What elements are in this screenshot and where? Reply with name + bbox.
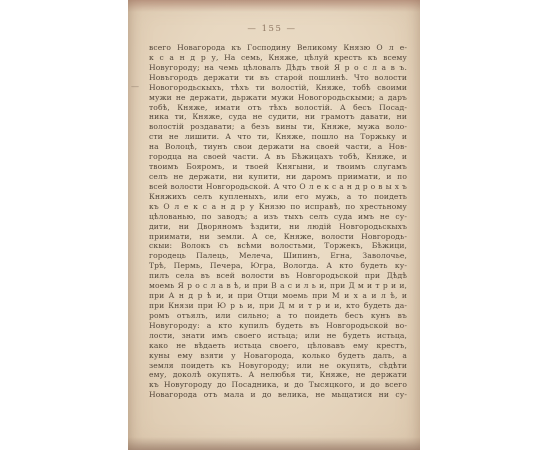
text-line: куны ему взяти у Новагорода, колько буде… — [149, 351, 407, 361]
text-line: на Волоцѣ, тиунъ свои держати на своей ч… — [149, 142, 407, 152]
text-line: Новугороду; на чемь цѣловалъ Дѣдъ твой Я… — [149, 63, 407, 73]
text-line: сти не лишити. А что ти, Княже, пошло на… — [149, 132, 407, 142]
text-line: мужи не держати, дьржати мужи Новогородь… — [149, 93, 407, 103]
text-line: ромъ отъялъ, или сильно; а то поидеть бе… — [149, 311, 407, 321]
body-text: всего Новагорода къ Господину Великому К… — [149, 43, 407, 400]
text-line: моемь Я р о с л а в ѣ, и при В а с и л ь… — [149, 281, 407, 291]
book-page-photo: — 155 — — всего Новагорода къ Господину … — [128, 0, 420, 450]
text-line: всего Новагорода къ Господину Великому К… — [149, 43, 407, 53]
page-number: — 155 — — [128, 24, 416, 34]
text-line: городца на своей части. А въ Бѣжицахъ то… — [149, 152, 407, 162]
text-line: городець Палець, Мелеча, Шипинъ, Егна, З… — [149, 251, 407, 261]
text-line: селъ не держати, ни купити, ни даромъ пр… — [149, 172, 407, 182]
text-line: къ О л е к с а н д р у Князю по исправѣ,… — [149, 202, 407, 212]
text-line: при Князи при Ю р ь и, при Д м и т р и и… — [149, 301, 407, 311]
text-line: Княжихъ селъ купленыхъ, или его мужь, а … — [149, 192, 407, 202]
text-line: къ Новугороду до Посадника, и до Тысяцко… — [149, 380, 407, 390]
text-line: Новъгородъ держати ти въ старой пошлинѣ.… — [149, 73, 407, 83]
text-line: волостій роздавати; а безъ вины ти, Княж… — [149, 122, 407, 132]
text-line: всей волости Новгородьской. А что О л е … — [149, 182, 407, 192]
text-line: Трѣ, Пермь, Печера, Югра, Вологда. А кто… — [149, 261, 407, 271]
margin-dash: — — [131, 82, 139, 91]
text-line: скыи: Волокъ съ всѣми волостьми, Торжекъ… — [149, 241, 407, 251]
text-line: како не вѣдаеть истьца своего, цѣловавъ … — [149, 341, 407, 351]
scan-backdrop: — 155 — — всего Новагорода къ Господину … — [0, 0, 550, 450]
text-line: пилъ села въ всей волости въ Новгородьск… — [149, 271, 407, 281]
text-line: Новагорода отъ мала и до велика, не мьща… — [149, 390, 407, 400]
text-line: при А н д р ѣ и, и при Отци моемь при М … — [149, 291, 407, 301]
text-line: ника ти, Княже, суда не судити, ни грамо… — [149, 112, 407, 122]
text-line: Новогородьскыхъ, тѣхъ ти волостій, Княже… — [149, 83, 407, 93]
text-line: дити, ни Дворяномъ ѣздити, ни людій Новг… — [149, 222, 407, 232]
text-line: твоимъ Бояромъ, и твоей Княгыни, и твоим… — [149, 162, 407, 172]
text-line: земля поидеть къ Новугороду; или не окуп… — [149, 361, 407, 371]
text-line: Новугороду: а кто купилъ будеть въ Новго… — [149, 321, 407, 331]
text-line: ему, доколѣ окупять. А нелюбья ти, Княже… — [149, 370, 407, 380]
text-line: цѣлованью, по заводъ; а изъ тыхъ селъ су… — [149, 212, 407, 222]
text-line: к с а н д р у, На семь, Княже, цѣлуй кре… — [149, 53, 407, 63]
text-line: приимати, ни земли. А се, Княже, волости… — [149, 232, 407, 242]
text-line: лости, знати имъ своего истьца; или не б… — [149, 331, 407, 341]
text-line: тобѣ, Княже, имати отъ тѣхъ волостій. А … — [149, 103, 407, 113]
